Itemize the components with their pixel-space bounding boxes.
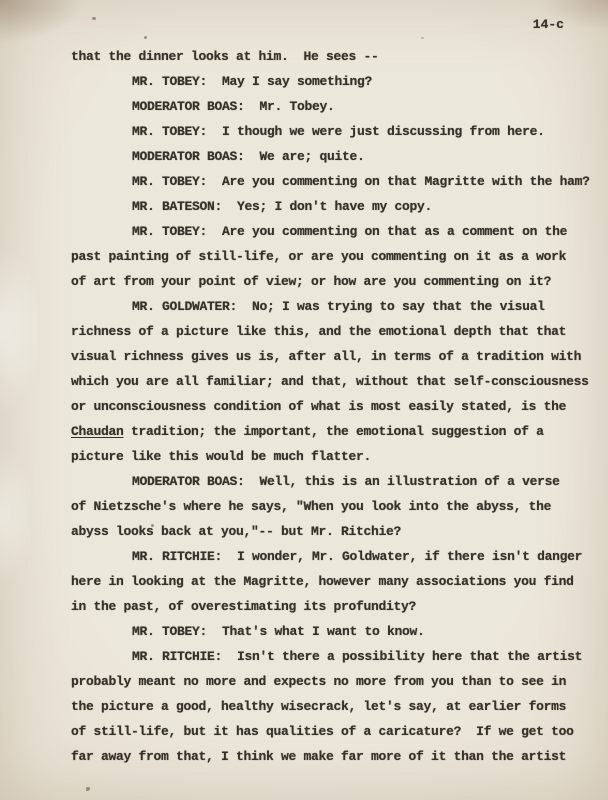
transcript-line: probably meant no more and expects no mo… [71, 669, 601, 694]
transcript-line: MODERATOR BOAS: Well, this is an illustr… [71, 469, 601, 494]
paper-speck [92, 17, 96, 20]
transcript-line: richness of a picture like this, and the… [71, 319, 601, 344]
transcript-line: here in looking at the Magritte, however… [71, 569, 601, 594]
paper-speck [144, 36, 147, 39]
transcript-line: or unconsciousness condition of what is … [71, 394, 601, 419]
transcript-line: MR. TOBEY: I though we were just discuss… [71, 119, 601, 144]
transcript-line: of art from your point of view; or how a… [71, 269, 601, 294]
transcript-line: MR. RITCHIE: Isn't there a possibility h… [71, 644, 601, 669]
transcript-line: MR. BATESON: Yes; I don't have my copy. [71, 194, 601, 219]
transcript-line: abyss looks back at you,"-- but Mr. Ritc… [71, 519, 601, 544]
transcript-line: MR. TOBEY: That's what I want to know. [71, 619, 601, 644]
transcript-line: picture like this would be much flatter. [71, 444, 601, 469]
transcript-line: past painting of still-life, or are you … [71, 244, 601, 269]
transcript-line: the picture a good, healthy wisecrack, l… [71, 694, 601, 719]
page-number: 14-c [533, 17, 564, 32]
transcript-line: far away from that, I think we make far … [71, 744, 601, 769]
transcript-line: MR. TOBEY: Are you commenting on that Ma… [71, 169, 601, 194]
transcript-line: Chaudan tradition; the important, the em… [71, 419, 601, 444]
paper-speck [151, 524, 154, 527]
typewritten-transcript-page: 14-c that the dinner looks at him. He se… [0, 0, 608, 800]
transcript-line: that the dinner looks at him. He sees -- [71, 44, 601, 69]
underlined-word: Chaudan [71, 424, 124, 439]
transcript-lines: that the dinner looks at him. He sees --… [71, 44, 601, 769]
transcript-line: visual richness gives us is, after all, … [71, 344, 601, 369]
transcript-line: of still-life, but it has qualities of a… [71, 719, 601, 744]
transcript-line: MR. TOBEY: May I say something? [71, 69, 601, 94]
transcript-line: in the past, of overestimating its profu… [71, 594, 601, 619]
transcript-line: MR. TOBEY: Are you commenting on that as… [71, 219, 601, 244]
transcript-line: MODERATOR BOAS: Mr. Tobey. [71, 94, 601, 119]
paper-speck [421, 37, 424, 39]
transcript-line: MR. GOLDWATER: No; I was trying to say t… [71, 294, 601, 319]
paper-speck [86, 787, 90, 791]
transcript-line: MR. RITCHIE: I wonder, Mr. Goldwater, if… [71, 544, 601, 569]
transcript-line: which you are all familiar; and that, wi… [71, 369, 601, 394]
transcript-line: of Nietzsche's where he says, "When you … [71, 494, 601, 519]
transcript-line: MODERATOR BOAS: We are; quite. [71, 144, 601, 169]
